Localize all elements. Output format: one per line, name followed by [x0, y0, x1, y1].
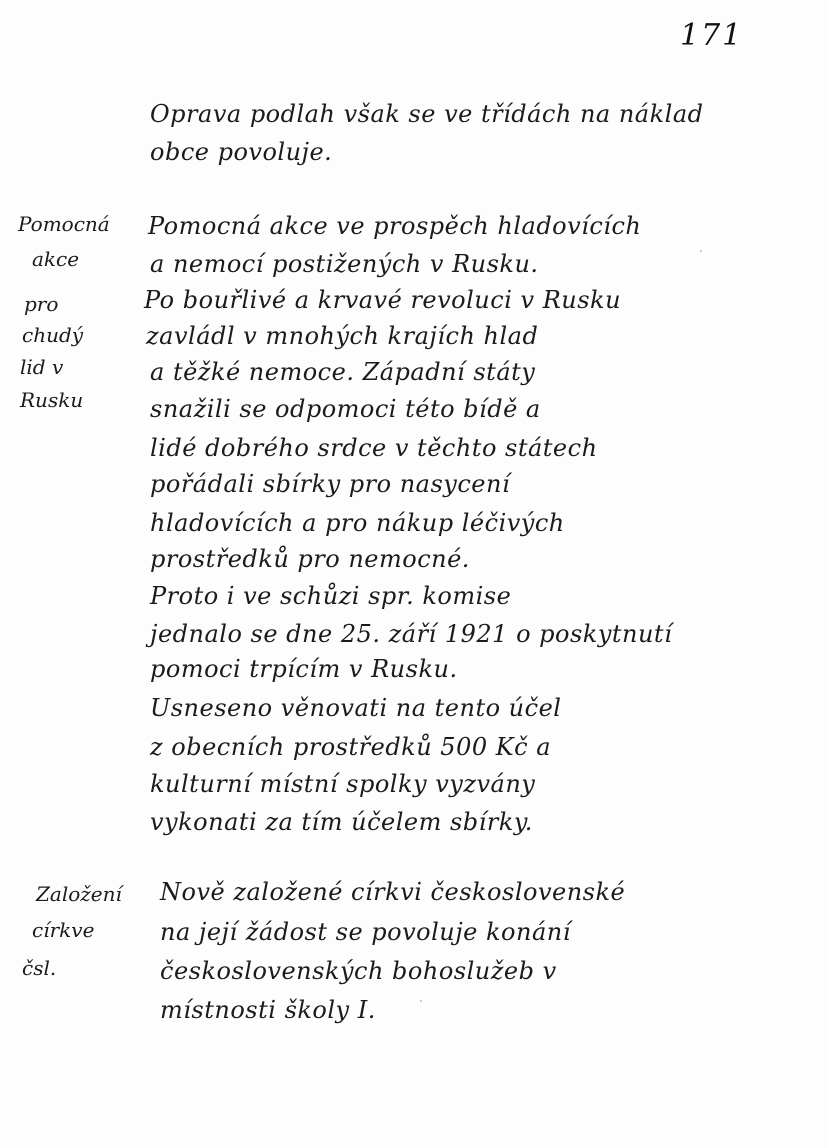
margin-note-line: čsl. — [22, 956, 56, 980]
body-line: hladovících a pro nákup léčivých — [150, 509, 565, 537]
margin-note-line: Rusku — [20, 388, 83, 412]
intro-line: obce povoluje. — [150, 138, 332, 166]
body-line: a nemocí postižených v Rusku. — [150, 250, 539, 278]
scan-speck — [470, 890, 472, 892]
body-line: lidé dobrého srdce v těchto státech — [150, 434, 598, 462]
body-line: Pomocná akce ve prospěch hladovících — [148, 212, 641, 240]
body-line: kulturní místní spolky vyzvány — [150, 770, 535, 798]
margin-note-line: pro — [24, 292, 58, 316]
body-line: československých bohoslužeb v — [160, 957, 557, 985]
body-line: pomoci trpícím v Rusku. — [150, 655, 458, 683]
body-line: Usneseno věnovati na tento účel — [150, 694, 561, 722]
body-line: vykonati za tím účelem sbírky. — [150, 808, 533, 836]
body-line: Po bouřlivé a krvavé revoluci v Rusku — [144, 286, 621, 314]
page-number: 171 — [680, 18, 743, 53]
body-line: prostředků pro nemocné. — [150, 545, 470, 573]
margin-note-line: lid v — [20, 355, 63, 379]
body-line: a těžké nemoce. Západní státy — [150, 358, 535, 386]
body-line: Proto i ve schůzi spr. komise — [150, 582, 511, 610]
margin-note-line: církve — [32, 918, 94, 942]
body-line: na její žádost se povoluje konání — [160, 918, 571, 946]
body-line: pořádali sbírky pro nasycení — [150, 470, 510, 498]
scan-speck — [420, 1000, 422, 1002]
body-line: Nově založené církvi československé — [160, 878, 625, 906]
margin-note-line: Pomocná — [18, 212, 110, 236]
body-line: jednalo se dne 25. září 1921 o poskytnut… — [150, 620, 672, 648]
body-line: snažili se odpomoci této bídě a — [150, 395, 541, 423]
body-line: zavládl v mnohých krajích hlad — [146, 322, 538, 350]
margin-note-line: akce — [32, 247, 79, 271]
margin-note-line: chudý — [22, 323, 83, 347]
intro-line: Oprava podlah však se ve třídách na nákl… — [150, 100, 704, 128]
body-line: z obecních prostředků 500 Kč a — [150, 733, 551, 761]
scan-speck — [700, 250, 702, 252]
body-line: místnosti školy I. — [160, 996, 376, 1024]
margin-note-line: Založení — [36, 882, 122, 906]
